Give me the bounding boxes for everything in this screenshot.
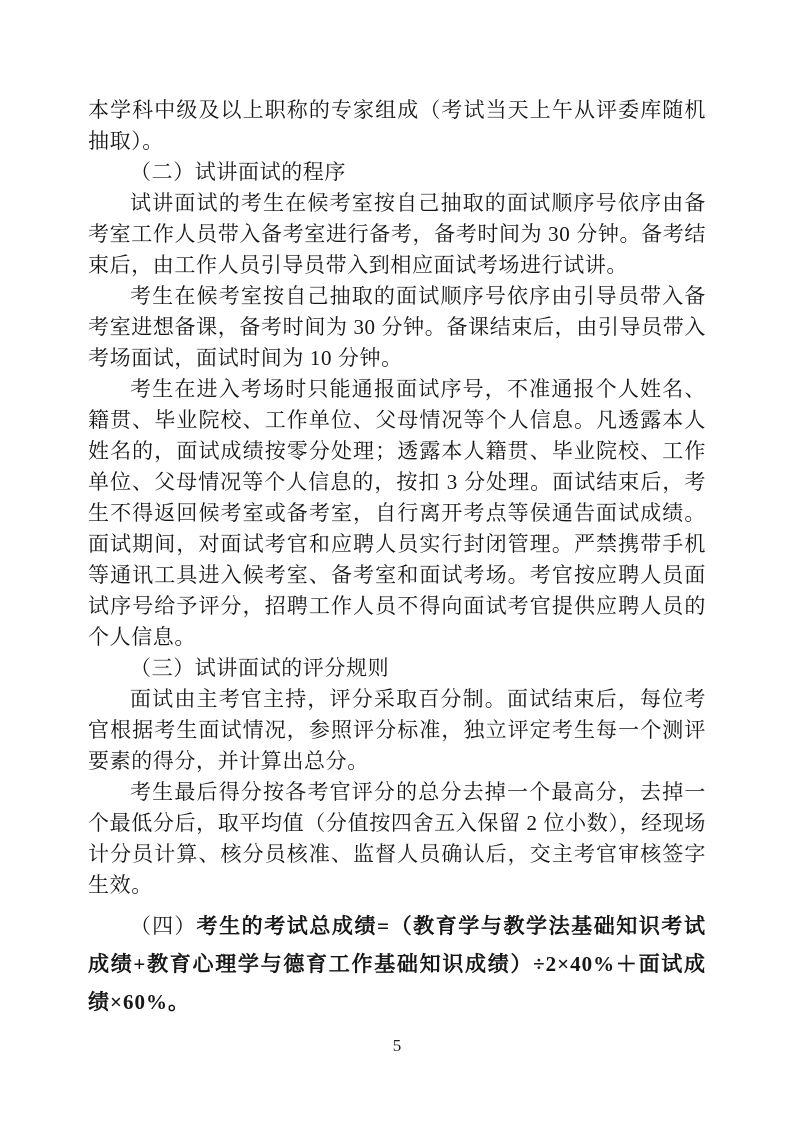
section-heading-3: （三）试讲面试的评分规则 (88, 653, 706, 684)
paragraph-rules: 考生在进入考场时只能通报面试序号，不准通报个人姓名、籍贯、毕业院校、工作单位、父… (88, 374, 706, 653)
formula-paragraph: （四）考生的考试总成绩=（教育学与教学法基础知识考试成绩+教育心理学与德育工作基… (88, 907, 706, 1021)
document-page: 本学科中级及以上职称的专家组成（考试当天上午从评委库随机抽取）。 （二）试讲面试… (0, 0, 794, 1123)
paragraph-procedure-2: 考生在候考室按自己抽取的面试顺序号依序由引导员带入备考室进想备课，备考时间为 3… (88, 281, 706, 374)
section-heading-2: （二）试讲面试的程序 (88, 157, 706, 188)
formula-prefix: （四） (130, 914, 197, 938)
paragraph-scoring-2: 考生最后得分按各考官评分的总分去掉一个最高分，去掉一个最低分后，取平均值（分值按… (88, 777, 706, 901)
paragraph-continuation: 本学科中级及以上职称的专家组成（考试当天上午从评委库随机抽取）。 (88, 95, 706, 157)
paragraph-procedure-1: 试讲面试的考生在候考室按自己抽取的面试顺序号依序由备考室工作人员带入备考室进行备… (88, 188, 706, 281)
paragraph-scoring-1: 面试由主考官主持，评分采取百分制。面试结束后，每位考官根据考生面试情况，参照评分… (88, 684, 706, 777)
page-number: 5 (0, 1036, 794, 1056)
text-content: 本学科中级及以上职称的专家组成（考试当天上午从评委库随机抽取）。 （二）试讲面试… (88, 95, 706, 1021)
